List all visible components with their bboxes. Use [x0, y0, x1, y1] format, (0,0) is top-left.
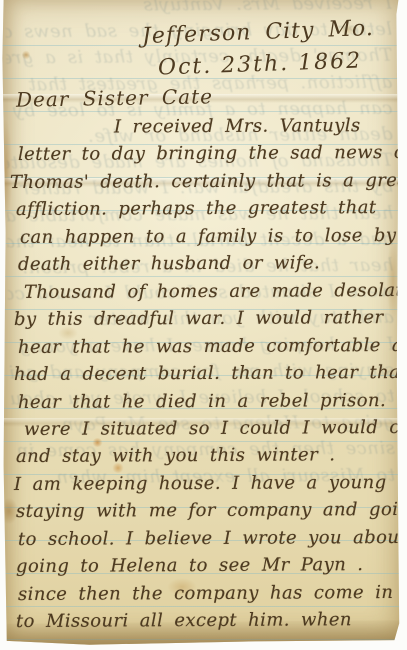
letter-line: to school. I believe I wrote you about: [10, 524, 394, 553]
date-line: Oct. 23th. 1862: [157, 48, 362, 80]
letter-line: were I situated so I could I would come: [10, 414, 394, 443]
letter-line: hear that he died in a rebel prison.: [10, 387, 394, 416]
letter-line: by this dreadful war. I would rather: [10, 304, 394, 333]
salutation: Dear Sister Cate: [16, 84, 213, 111]
letter-line: staying with me for company and going: [10, 496, 394, 525]
place-line: Jefferson City Mo.: [142, 16, 375, 49]
letter-line: to Missouri all except him. when: [10, 606, 394, 635]
letter-line: letter to day bringing the sad news of: [10, 139, 394, 168]
letter-page: I received Mrs. Vantuylsletter to day br…: [2, 0, 400, 646]
letter-line: hear that he was made comfortable and: [10, 332, 394, 361]
letter-line: can happen to a family is to lose by: [10, 222, 394, 251]
letter-line: had a decent burial. than to hear that: [10, 359, 394, 388]
letter-line: Thomas' death. certainly that is a great: [10, 167, 394, 196]
letter-line: death either husband or wife.: [10, 249, 394, 278]
scan-background: I received Mrs. Vantuylsletter to day br…: [0, 0, 407, 650]
letter-body: I received Mrs. Vantuylsletter to day br…: [10, 113, 394, 635]
letter-line: since then the company has come in: [10, 579, 394, 608]
letter-line: going to Helena to see Mr Payn .: [10, 551, 394, 580]
letter-line: affliction. perhaps the greatest that: [10, 194, 394, 223]
letter-line: I am keeping house. I have a young lady: [10, 469, 394, 498]
letter-line: and stay with you this winter .: [10, 441, 394, 470]
letter-line: Thousand of homes are made desolate: [10, 277, 394, 306]
letter-content: Jefferson City Mo. Oct. 23th. 1862 Dear …: [2, 0, 400, 646]
letter-line: I received Mrs. Vantuyls: [10, 112, 394, 141]
